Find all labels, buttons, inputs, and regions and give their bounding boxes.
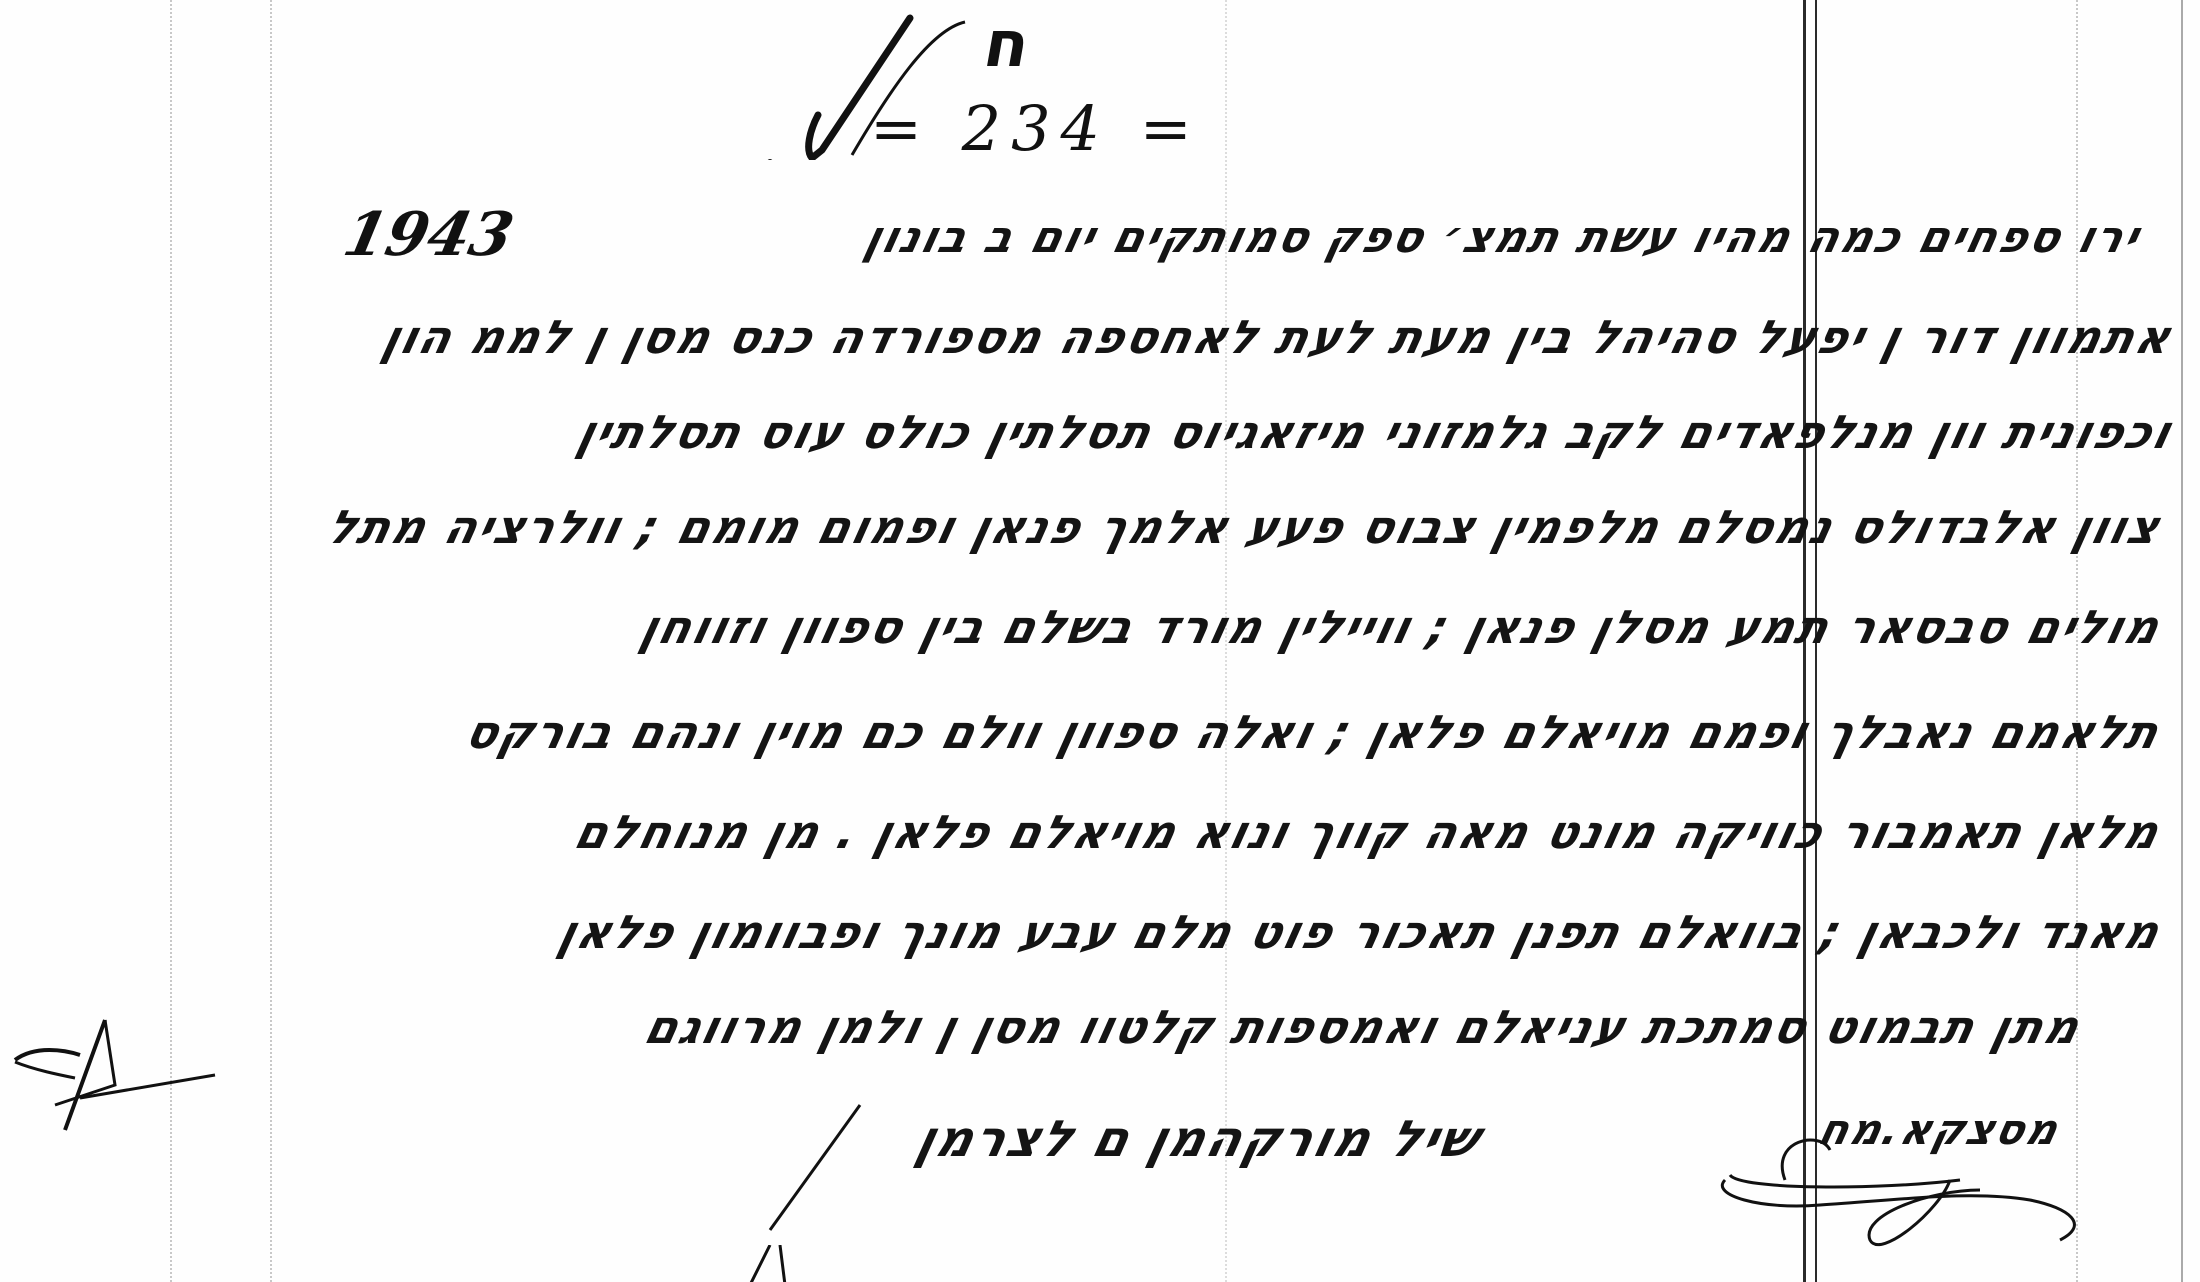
margin-line-left-2 — [270, 0, 272, 1282]
stray-mark-icon — [740, 1245, 810, 1282]
scanned-page: ח = 234 = 1943 ירו ספחים כמה מהיו עשת תמ… — [0, 0, 2200, 1282]
date-line-text: ירו ספחים כמה מהיו עשת תמצ׳ ספק סמותקים … — [860, 212, 2146, 263]
signature-stroke-icon — [750, 1095, 870, 1235]
signature-flourish-icon — [1700, 1120, 2120, 1280]
header-letter-mark: ח — [978, 8, 1035, 82]
left-signature-mark-icon — [5, 1010, 245, 1140]
margin-line-right-2 — [2181, 0, 2183, 1282]
body-line-3: צוון אלבדולס נמסלם מלפמין צבוס פעע אלמך … — [322, 500, 2167, 554]
date-year: 1943 — [338, 200, 520, 270]
body-line-1: אתמוון דור ן יפעל סהיהל בין מעת לעת לאחס… — [378, 310, 2179, 364]
body-line-4: מולים סבסאר תמע מסלן פנאן ; וויילין מורד… — [635, 600, 2167, 654]
signatory-line: שיל מורקהמן ם לצרמן — [911, 1110, 1487, 1168]
header-number: = 234 = — [870, 92, 1202, 165]
body-line-6: מלאן תאמבור כוויקה מונט מאה קווך ונוא מו… — [570, 805, 2167, 859]
body-line-5: תלאמם נאבלך ופמם מויאלם פלאן ; ואלה ספוו… — [461, 705, 2167, 759]
body-line-7: מאנד ולכבאן ; בוואלם תפנן תאכור פוט מלם … — [553, 905, 2167, 959]
body-line-2: וכפונית וון מנלפאדים לקב גלמזוני מיזאגיו… — [573, 405, 2179, 459]
body-line-8: מתן תבמוט סמתכת עניאלם ואמספות קלטוו מסן… — [639, 1000, 2087, 1054]
